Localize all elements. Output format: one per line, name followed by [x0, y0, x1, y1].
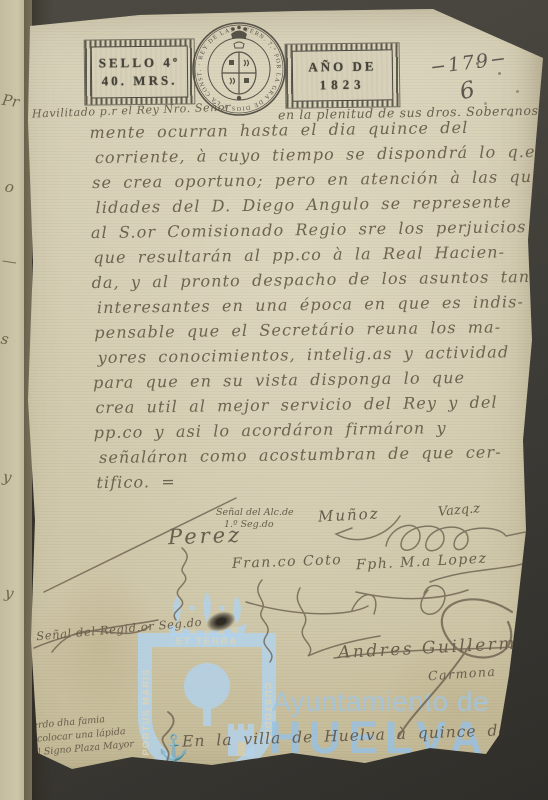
- lower-flourish: [297, 588, 380, 656]
- signature-flourishes: [0, 0, 548, 800]
- upper-right-stroke: [430, 556, 540, 582]
- diagonal-stroke: [44, 498, 236, 592]
- marginal-brace: [162, 712, 174, 780]
- coto-rubric: [258, 580, 272, 662]
- loop-flourish: [421, 586, 445, 615]
- carmona-tail: [398, 645, 470, 738]
- scanned-document-page: Pr o — s y y −179− 6 SELLO 4º 40. MRS. A…: [0, 0, 548, 800]
- gutter-fragment: o: [4, 177, 16, 196]
- regidor-strike: [34, 620, 158, 648]
- gutter-fragment: —: [1, 251, 19, 271]
- gutter-fragment: Pr: [1, 91, 21, 111]
- gutter-fragment: y: [4, 583, 15, 602]
- gutter-fragment: s: [0, 330, 10, 349]
- perez-rubric: [174, 548, 187, 620]
- guillermo-strike: [334, 646, 534, 658]
- gutter-fragment: y: [2, 467, 13, 486]
- coto-underline: [246, 602, 368, 614]
- vazquez-loops-rubric: [386, 525, 530, 550]
- lopez-underline: [356, 590, 468, 599]
- manuscript-sheet: −179− 6 SELLO 4º 40. MRS. AÑO DE 1823: [0, 0, 548, 800]
- regidor-curl: [52, 626, 150, 652]
